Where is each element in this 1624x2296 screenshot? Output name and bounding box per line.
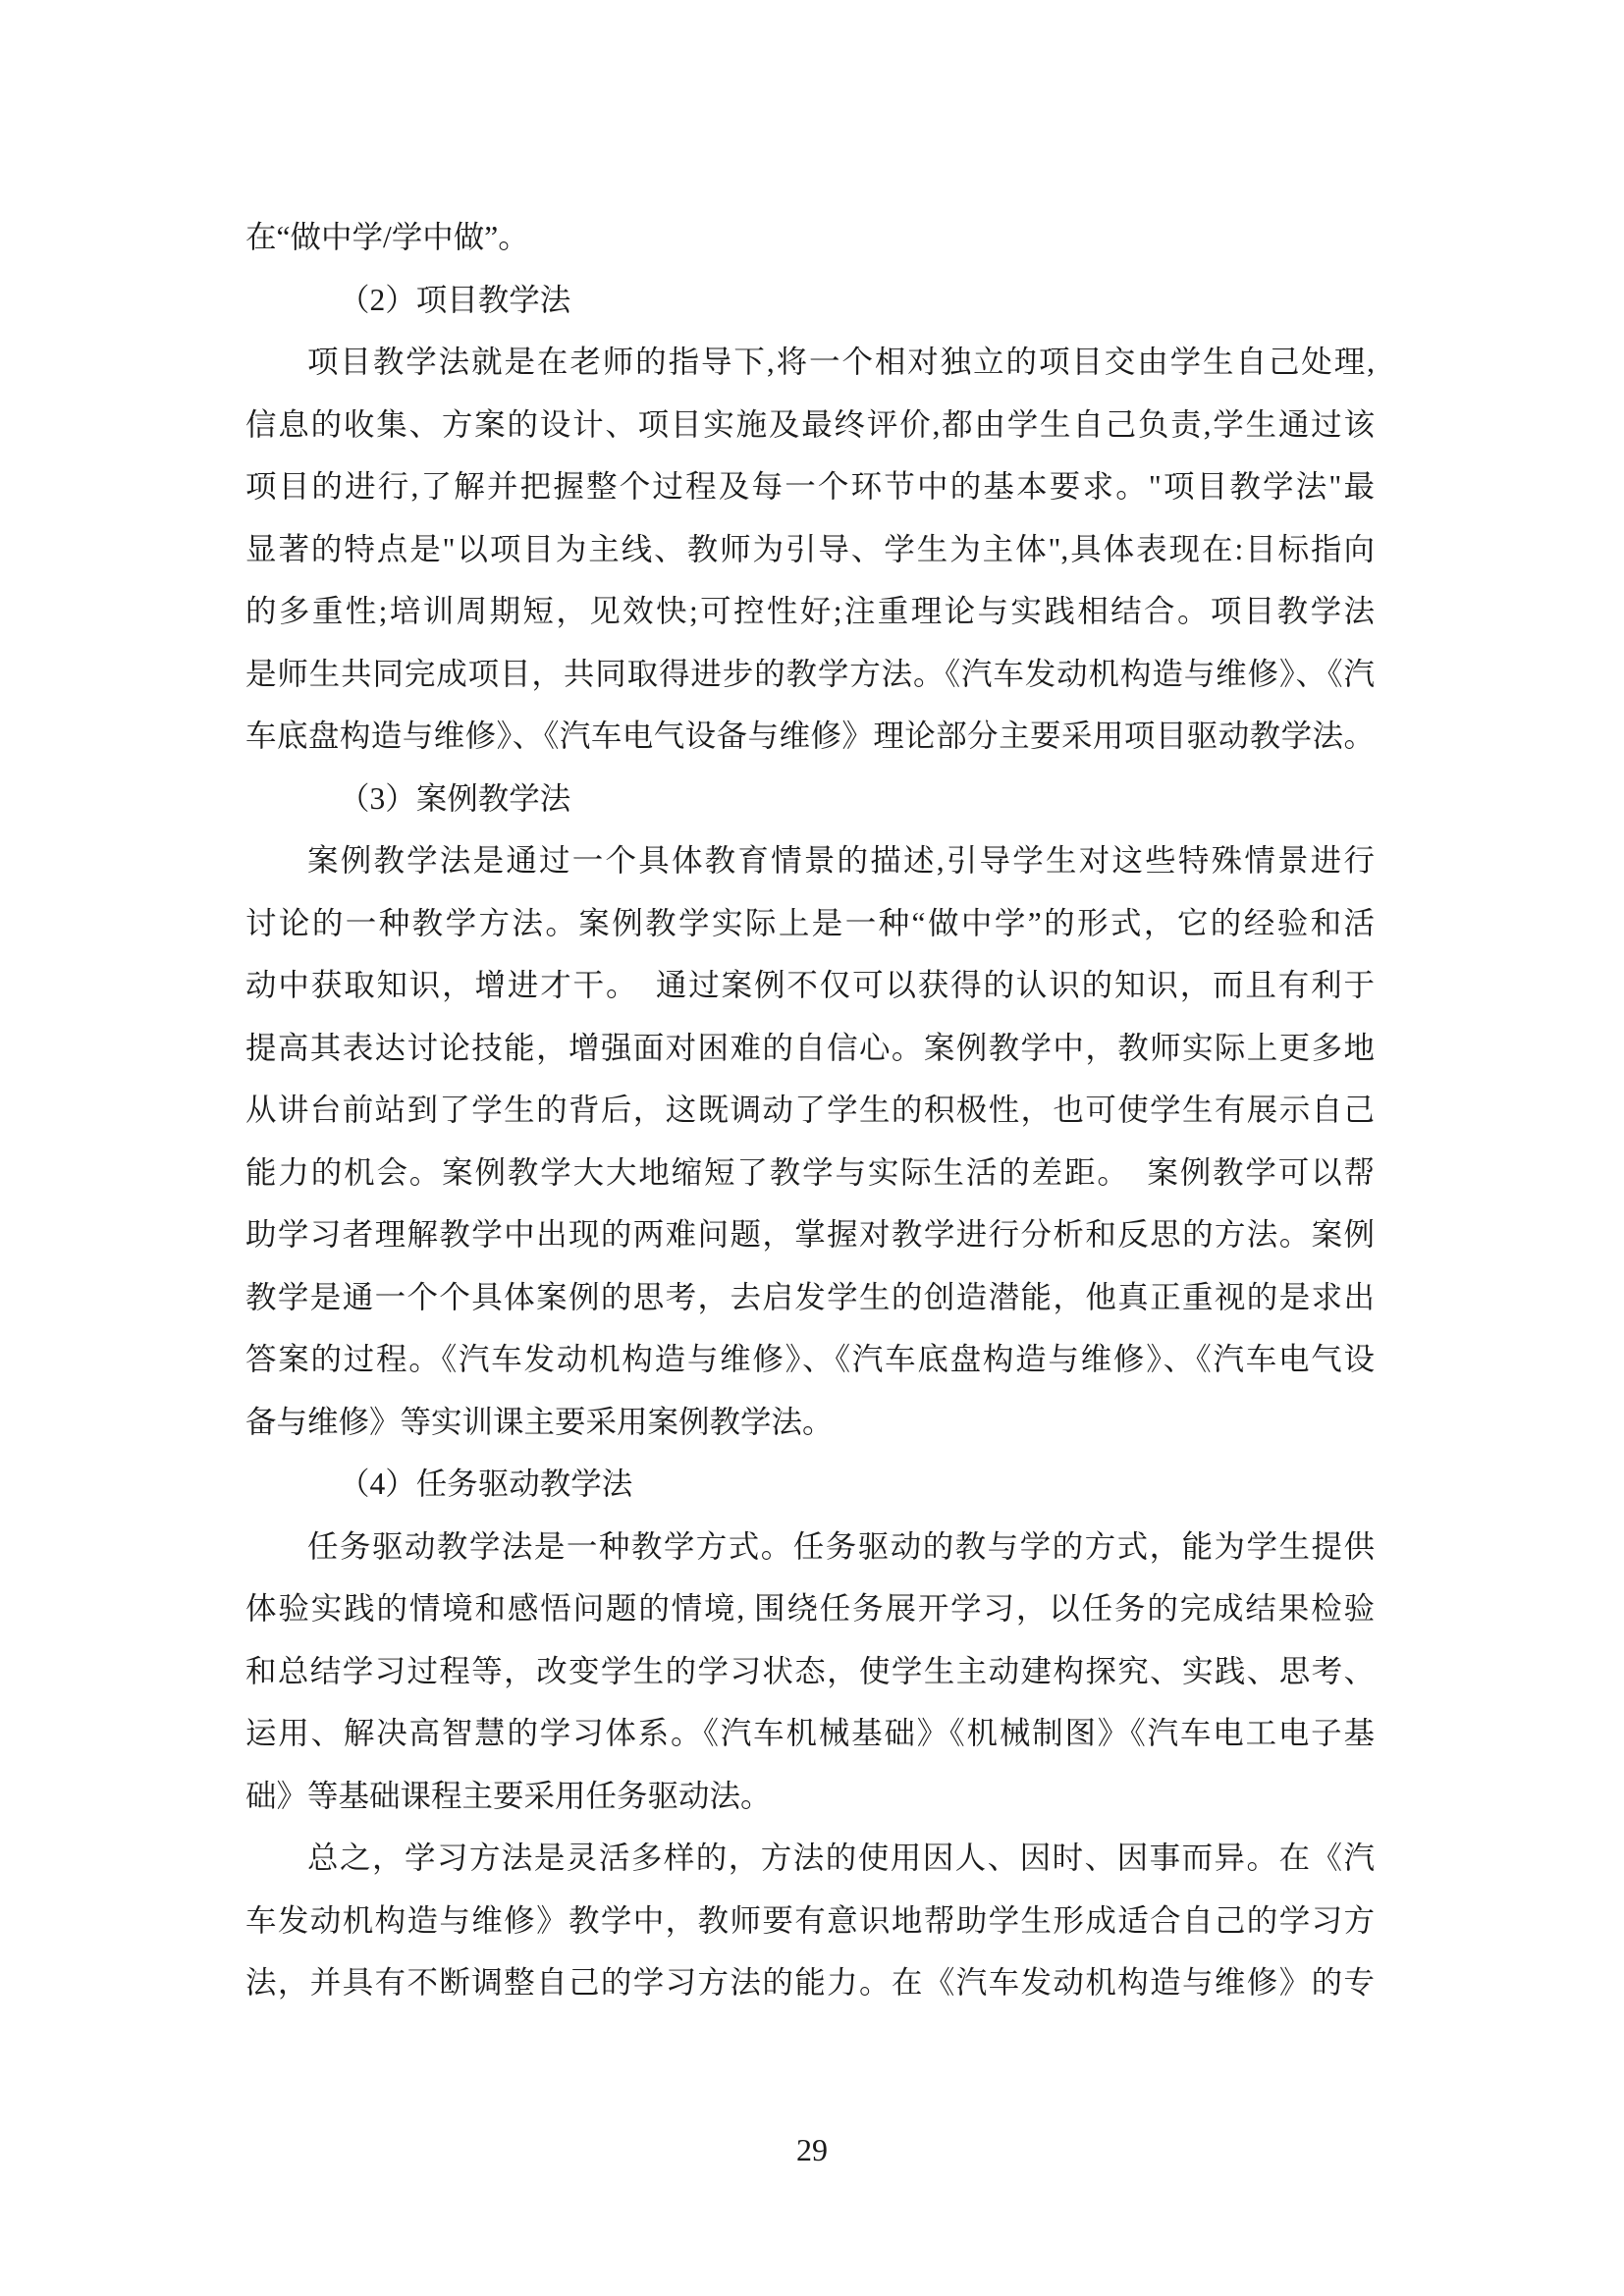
- text-line: 信息的收集、方案的设计、项目实施及最终评价,都由学生自己负责,学生通过该: [245, 394, 1375, 456]
- text-line: 任务驱动教学法是一种教学方式。任务驱动的教与学的方式，能为学生提供: [245, 1516, 1375, 1578]
- text-line: 动中获取知识，增进才干。 通过案例不仅可以获得的认识的知识，而且有利于: [245, 954, 1375, 1017]
- text-line: 法，并具有不断调整自己的学习方法的能力。在《汽车发动机构造与维修》的专: [245, 1951, 1375, 2014]
- heading-line: （4）任务驱动教学法: [245, 1453, 1375, 1516]
- text-line: 车底盘构造与维修》、《汽车电气设备与维修》理论部分主要采用项目驱动教学法。: [245, 705, 1375, 768]
- text-line: 体验实践的情境和感悟问题的情境, 围绕任务展开学习，以任务的完成结果检验: [245, 1577, 1375, 1640]
- text-line: 项目教学法就是在老师的指导下,将一个相对独立的项目交由学生自己处理,: [245, 331, 1375, 394]
- text-line: 助学习者理解教学中出现的两难问题，掌握对教学进行分析和反思的方法。案例: [245, 1203, 1375, 1266]
- text-line: 车发动机构造与维修》教学中，教师要有意识地帮助学生形成适合自己的学习方: [245, 1890, 1375, 1952]
- text-line: 讨论的一种教学方法。案例教学实际上是一种“做中学”的形式，它的经验和活: [245, 892, 1375, 955]
- text-line: 在“做中学/学中做”。: [245, 206, 1375, 269]
- document-page: 在“做中学/学中做”。（2）项目教学法项目教学法就是在老师的指导下,将一个相对独…: [0, 0, 1624, 2296]
- text-line: 案例教学法是通过一个具体教育情景的描述,引导学生对这些特殊情景进行: [245, 829, 1375, 892]
- heading-line: （2）项目教学法: [245, 269, 1375, 332]
- text-line: 和总结学习过程等，改变学生的学习状态，使学生主动建构探究、实践、思考、: [245, 1640, 1375, 1703]
- text-line: 总之，学习方法是灵活多样的，方法的使用因人、因时、因事而异。在《汽: [245, 1827, 1375, 1890]
- text-line: 是师生共同完成项目，共同取得进步的教学方法。《汽车发动机构造与维修》、《汽: [245, 643, 1375, 706]
- text-line: 础》等基础课程主要采用任务驱动法。: [245, 1765, 1375, 1828]
- document-body: 在“做中学/学中做”。（2）项目教学法项目教学法就是在老师的指导下,将一个相对独…: [245, 206, 1375, 2014]
- heading-line: （3）案例教学法: [245, 768, 1375, 830]
- text-line: 从讲台前站到了学生的背后，这既调动了学生的积极性，也可使学生有展示自己: [245, 1079, 1375, 1142]
- text-line: 提高其表达讨论技能，增强面对困难的自信心。案例教学中，教师实际上更多地: [245, 1017, 1375, 1080]
- text-line: 项目的进行,了解并把握整个过程及每一个环节中的基本要求。"项目教学法"最: [245, 455, 1375, 518]
- text-line: 运用、解决高智慧的学习体系。《汽车机械基础》《机械制图》《汽车电工电子基: [245, 1702, 1375, 1765]
- text-line: 教学是通一个个具体案例的思考，去启发学生的创造潜能，他真正重视的是求出: [245, 1266, 1375, 1329]
- text-line: 的多重性;培训周期短，见效快;可控性好;注重理论与实践相结合。项目教学法: [245, 580, 1375, 643]
- text-line: 显著的特点是"以项目为主线、教师为引导、学生为主体",具体表现在:目标指向: [245, 518, 1375, 581]
- text-line: 备与维修》等实训课主要采用案例教学法。: [245, 1391, 1375, 1454]
- text-line: 答案的过程。《汽车发动机构造与维修》、《汽车底盘构造与维修》、《汽车电气设: [245, 1328, 1375, 1391]
- page-number: 29: [0, 2128, 1624, 2171]
- text-line: 能力的机会。案例教学大大地缩短了教学与实际生活的差距。 案例教学可以帮: [245, 1142, 1375, 1204]
